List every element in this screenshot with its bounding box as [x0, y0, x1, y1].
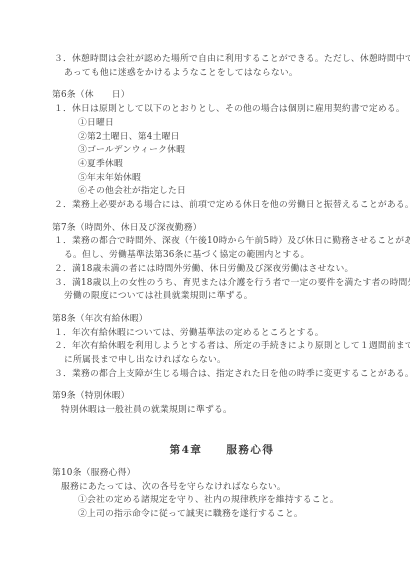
- article-9-heading: 第9条（特別休暇）: [52, 390, 392, 404]
- article-10-heading: 第10条（服務心得）: [52, 467, 392, 481]
- clause-item-continuation: に所属長まで申し出なければならない。: [64, 354, 392, 368]
- holiday-list-item: ⑤年末年始休暇: [78, 172, 392, 186]
- holiday-list-item: ②第2土曜日、第4土曜日: [78, 131, 392, 145]
- clause-item-continuation: 労働の限度については社員就業規則に準ずる。: [64, 290, 392, 304]
- document-page: ３．休憩時間は会社が認めた場所で自由に利用することができる。ただし、休憩時間中で…: [0, 0, 410, 580]
- clause-item: １．年次有給休暇については、労働基準法の定めるところとする。: [54, 327, 392, 341]
- clause-item: １．業務の都合で時間外、深夜（午後10時から午前5時）及び休日に勤務させることが…: [54, 235, 392, 249]
- article-6-heading: 第6条（休 日）: [52, 89, 392, 103]
- clause-item: ２．年次有給休暇を利用しようとする者は、所定の手続きにより原則として１週間前まで: [54, 340, 392, 354]
- holiday-list-item: ①日曜日: [78, 117, 392, 131]
- clause-item: ３．満18歳以上の女性のうち、育児または介護を行う者で一定の要件を満たす者の時間…: [54, 277, 392, 291]
- chapter-4-heading: 第4章 服務心得: [52, 443, 392, 458]
- article-7-heading: 第7条（時間外、休日及び深夜勤務）: [52, 222, 392, 236]
- clause-item: ２．満18歳未満の者には時間外労働、休日労働及び深夜労働はさせない。: [54, 263, 392, 277]
- clause-item: １．休日は原則として以下のとおりとし、その他の場合は個別に雇用契約書で定める。: [54, 103, 392, 117]
- clause-item: ３．業務の都合上支障が生じる場合は、指定された日を他の時季に変更することがある。: [54, 368, 392, 382]
- holiday-list-item: ③ゴールデンウィーク休暇: [78, 144, 392, 158]
- clause-item: ３．休憩時間は会社が認めた場所で自由に利用することができる。ただし、休憩時間中で: [54, 53, 392, 67]
- holiday-list-item: ④夏季休暇: [78, 158, 392, 172]
- duty-list-item: ②上司の指示命令に従って誠実に職務を遂行すること。: [78, 508, 392, 522]
- holiday-list-item: ⑥その他会社が指定した日: [78, 185, 392, 199]
- article-8-heading: 第8条（年次有給休暇）: [52, 313, 392, 327]
- clause-item: ２．業務上必要がある場合には、前項で定める休日を他の労働日と振替えることがある。: [54, 199, 392, 213]
- duty-list-item: ①会社の定める諸規定を守り、社内の規律秩序を維持すること。: [78, 494, 392, 508]
- clause-item-continuation: あっても他に迷惑をかけるようなことをしてはならない。: [64, 67, 392, 81]
- article-9-body: 特別休暇は一般社員の就業規則に準ずる。: [61, 404, 392, 418]
- clause-item-continuation: る。但し、労働基準法第36条に基づく協定の範囲内とする。: [64, 249, 392, 263]
- article-10-intro: 服務にあたっては、次の各号を守らなければならない。: [61, 481, 392, 495]
